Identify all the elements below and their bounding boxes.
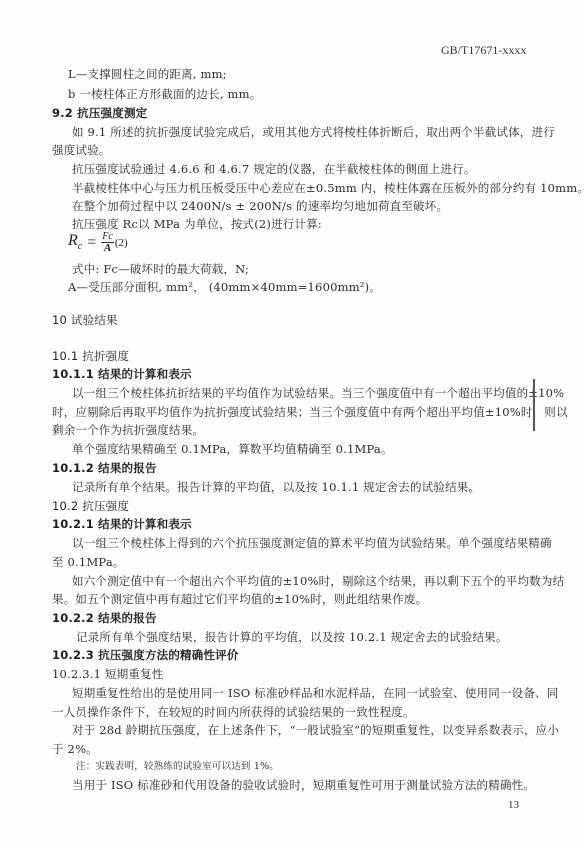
paragraph-line: 以一组三个棱柱体上得到的六个抗压强度测定值的算术平均值为试验结果。单个强度结果精… xyxy=(72,536,552,550)
section-heading: 10.1 抗折强度 xyxy=(52,349,129,363)
paragraph-line: 短期重复性给出的是使用同一 ISO 标准砂样品和水泥样品，在同一试验室、使用同一… xyxy=(72,686,558,700)
paragraph-line: 以一组三个棱柱体抗折结果的平均值作为试验结果。当三个强度值中有一个超出平均值的±… xyxy=(72,386,564,400)
formula-lhs-subscript: c xyxy=(78,242,82,253)
paragraph-line: b 一棱柱体正方形截面的边长, mm。 xyxy=(68,87,261,101)
paragraph-line: 当用于 ISO 标准砂和代用设备的验收试验时，短期重复性可用于测量试验方法的精确… xyxy=(72,778,535,792)
paragraph-line: 10.2.3.1 短期重复性 xyxy=(52,667,164,681)
note-text: 注：实践表明，较熟练的试验室可以达到 1%。 xyxy=(76,760,279,774)
section-heading: 10.2.2 结果的报告 xyxy=(52,611,157,625)
paragraph-line: A—受压部分面积, mm²， (40mm×40mm=1600mm²)。 xyxy=(68,280,381,294)
paragraph-line: 式中: Fc—破坏时的最大荷载，N; xyxy=(72,262,249,276)
paragraph-line: 时，应剔除后再取平均值作为抗折强度试验结果；当三个强度值中有两个超出平均值±10… xyxy=(52,405,568,419)
section-heading: 9.2 抗压强度测定 xyxy=(52,106,147,120)
page-number: 13 xyxy=(508,799,519,811)
paragraph-line: 单个强度结果精确至 0.1MPa，算数平均值精确至 0.1MPa。 xyxy=(72,442,393,456)
paragraph-line: 如六个测定值中有一个超出六个平均值的±10%时，剔除这个结果，再以剩下五个的平均… xyxy=(72,574,564,588)
document-id-header: GB/T17671-xxxx xyxy=(441,43,526,58)
section-heading: 10.2.3 抗压强度方法的精确性评价 xyxy=(52,648,239,662)
section-heading: 10.1.1 结果的计算和表示 xyxy=(52,367,192,381)
paragraph-line: 一人员操作条件下，在较短的时间内所获得的试验结果的一致性程度。 xyxy=(52,705,415,719)
section-heading: 10.2.1 结果的计算和表示 xyxy=(52,517,192,531)
revision-change-bar xyxy=(533,379,535,431)
paragraph-line: 抗压强度试验通过 4.6.6 和 4.6.7 规定的仪器，在半截棱柱体的侧面上进… xyxy=(72,162,476,176)
paragraph-line: 在整个加荷过程中以 2400N/s ± 200N/s 的速率均匀地加荷直至破坏。 xyxy=(72,199,448,213)
formula-denominator: A xyxy=(104,243,111,254)
paragraph-line: 记录所有单个强度结果，报告计算的平均值，以及按 10.2.1 规定舍去的试验结果… xyxy=(76,630,508,644)
formula-lhs-symbol: R xyxy=(68,232,78,249)
paragraph-line: 于 2%。 xyxy=(52,742,98,756)
paragraph-line: L—支撑圆柱之间的距离, mm; xyxy=(68,67,227,81)
formula-number: (2) xyxy=(115,237,128,249)
section-heading: 10.2 抗压强度 xyxy=(52,499,129,513)
paragraph-line: 剩余一个作为抗折强度结果。 xyxy=(52,423,204,437)
paragraph-line: 强度试验。 xyxy=(52,143,111,157)
section-heading: 10 试验结果 xyxy=(52,313,118,327)
document-page: GB/T17671-xxxx L—支撑圆柱之间的距离, mm;b 一棱柱体正方形… xyxy=(0,0,585,848)
paragraph-line: 半截棱柱体中心与压力机压板受压中心差应在±0.5mm 内，棱柱体露在压板外的部分… xyxy=(72,181,585,195)
section-heading: 10.1.2 结果的报告 xyxy=(52,461,157,475)
paragraph-line: 至 0.1MPa。 xyxy=(52,555,125,569)
formula-fraction: Fc A xyxy=(101,231,114,254)
formula-equals: = xyxy=(87,234,96,252)
paragraph-line: 如 9.1 所述的抗折强度试验完成后，或用其他方式将棱柱体折断后，取出两个半截试… xyxy=(72,125,555,139)
compressive-strength-formula: Rc = Fc A (2) xyxy=(68,231,128,254)
paragraph-line: 果。如五个测定值中再有超过它们平均值的±10%时，则此组结果作废。 xyxy=(52,592,427,606)
formula-lhs: Rc xyxy=(68,232,82,252)
paragraph-line: 对于 28d 龄期抗压强度，在上述条件下，“一般试验室”的短期重复性，以变异系数… xyxy=(72,723,559,737)
paragraph-line: 记录所有单个结果。报告计算的平均值，以及按 10.1.1 规定舍去的试验结果。 xyxy=(72,480,480,494)
paragraph-line: 抗压强度 Rc以 MPa 为单位，按式(2)进行计算: xyxy=(72,217,322,231)
